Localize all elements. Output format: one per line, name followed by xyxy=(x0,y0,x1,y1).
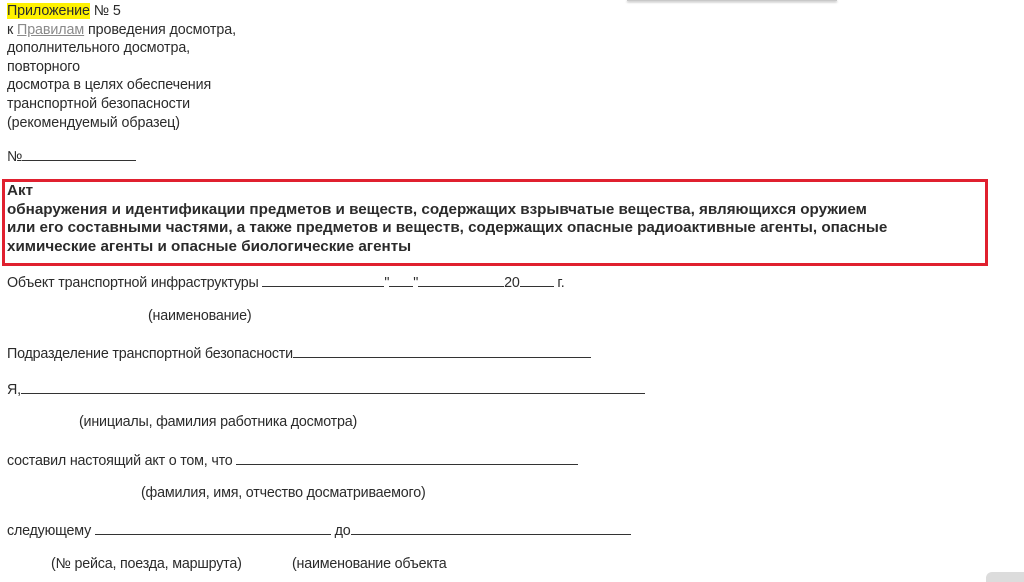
route-blank xyxy=(95,520,331,535)
appendix-prefix: к xyxy=(7,22,13,38)
document-number-blank xyxy=(22,146,136,161)
composed-label: составил настоящий акт о том, что xyxy=(7,453,233,469)
destination-caption: (наименование объекта xyxy=(292,556,447,572)
appendix-label-highlighted: Приложение xyxy=(7,3,90,19)
inspector-field-row: Я, xyxy=(7,379,645,398)
i-label: Я, xyxy=(7,382,21,398)
appendix-header: Приложение № 5 к Правилам проведения дос… xyxy=(7,2,236,132)
to-label: до xyxy=(335,523,351,539)
division-field-row: Подразделение транспортной безопасности xyxy=(7,343,591,362)
year-suffix: г. xyxy=(557,275,564,291)
rules-link[interactable]: Правилам xyxy=(17,22,84,38)
year-prefix: 20 xyxy=(504,275,520,291)
appendix-line-1-rest: проведения досмотра, xyxy=(88,22,236,38)
appendix-line-2: дополнительного досмотра, xyxy=(7,39,236,58)
day-blank xyxy=(389,272,413,287)
route-caption: (№ рейса, поезда, маршрута) xyxy=(51,556,242,572)
following-label: следующему xyxy=(7,523,91,539)
act-title-line-3: или его составными частями, а также пред… xyxy=(7,219,1024,238)
appendix-line-6: (рекомендуемый образец) xyxy=(7,114,236,133)
appendix-number: № 5 xyxy=(94,3,121,19)
act-title-line-1: Акт xyxy=(7,182,1024,201)
document-number-field: № xyxy=(7,146,136,165)
inspector-blank xyxy=(21,379,645,394)
division-label: Подразделение транспортной безопасности xyxy=(7,346,293,362)
act-title: Акт обнаружения и идентификации предмето… xyxy=(7,182,1024,256)
destination-blank xyxy=(351,520,631,535)
division-blank xyxy=(293,343,591,358)
appendix-line-5: транспортной безопасности xyxy=(7,95,236,114)
inspected-person-caption: (фамилия, имя, отчество досматриваемого) xyxy=(141,485,426,501)
corner-scroll-tab[interactable] xyxy=(986,572,1024,582)
object-field-row: Объект транспортной инфраструктуры ""20 … xyxy=(7,272,564,291)
act-title-line-4: химические агенты и опасные биологически… xyxy=(7,238,1024,257)
year-blank xyxy=(520,272,554,287)
top-scroll-shadow-bar xyxy=(627,0,837,1)
month-blank xyxy=(418,272,504,287)
object-label: Объект транспортной инфраструктуры xyxy=(7,275,259,291)
appendix-title-line: Приложение № 5 xyxy=(7,2,236,21)
appendix-line-3: повторного xyxy=(7,58,236,77)
inspected-person-blank xyxy=(236,450,578,465)
appendix-line-4: досмотра в целях обеспечения xyxy=(7,76,236,95)
act-title-line-2: обнаружения и идентификации предметов и … xyxy=(7,201,1024,220)
object-caption: (наименование) xyxy=(148,308,251,324)
inspector-caption: (инициалы, фамилия работника досмотра) xyxy=(79,414,357,430)
appendix-line-1: к Правилам проведения досмотра, xyxy=(7,21,236,40)
object-name-blank xyxy=(262,272,384,287)
following-field-row: следующему до xyxy=(7,520,631,539)
number-sign: № xyxy=(7,149,22,165)
composed-field-row: составил настоящий акт о том, что xyxy=(7,450,578,469)
